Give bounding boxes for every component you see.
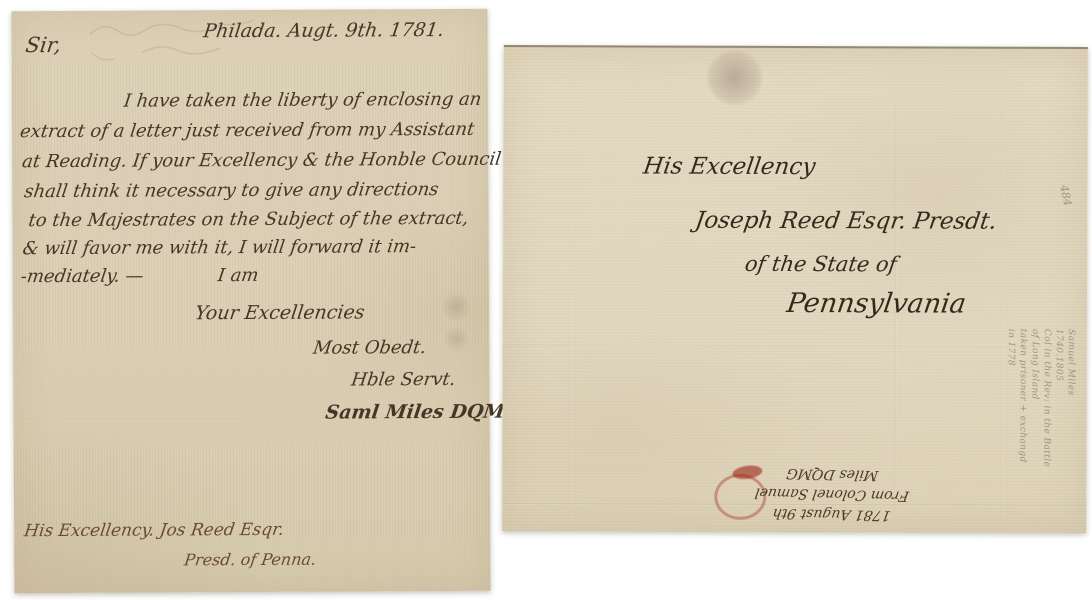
closing-line: Your Excellencies xyxy=(194,301,366,324)
address-line: His Excellency xyxy=(642,153,818,180)
body-line: extract of a letter just received from m… xyxy=(19,119,476,142)
paper-stain xyxy=(443,325,469,353)
signature: Saml Miles DQMG xyxy=(324,401,522,424)
pencil-note-line: of Long Island xyxy=(1028,329,1041,509)
paper-stain xyxy=(441,291,471,323)
fold-crease xyxy=(568,47,572,531)
salutation: Sir, xyxy=(24,33,63,57)
pencil-note-line: Col in the Rev: in the Battle xyxy=(1040,329,1053,509)
closing-line: Hble Servt. xyxy=(350,369,457,391)
address-line: Joseph Reed Esqr. Presdt. xyxy=(693,208,998,235)
docket-block: 1781 August 9th From Colonel Samuel Mile… xyxy=(741,430,923,526)
dateline: Philada. Augt. 9th. 1781. xyxy=(202,19,445,42)
footer-address-line: His Excellency. Jos Reed Esqr. xyxy=(23,520,285,541)
body-line: at Reading. If your Excellency & the Hon… xyxy=(21,149,503,173)
pencil-note-line: taken prisoner + exchangd xyxy=(1016,329,1029,509)
paper-stain xyxy=(707,50,763,106)
footer-address-line: Presd. of Penna. xyxy=(183,550,317,570)
body-line: I have taken the liberty of enclosing an xyxy=(123,89,483,112)
i-am: I am xyxy=(216,265,259,286)
body-line: to the Majestrates on the Subject of the… xyxy=(27,208,470,231)
body-line: shall think it necessary to give any dir… xyxy=(23,179,440,202)
address-leaf-sheet: His Excellency Joseph Reed Esqr. Presdt.… xyxy=(502,45,1088,533)
pencil-collector-note: Samuel Miles 1740.1805 Col in the Rev: i… xyxy=(992,329,1077,509)
address-line: of the State of xyxy=(743,252,898,277)
address-line: Pennsylvania xyxy=(785,288,968,320)
letter-sheet: Sir, Philada. Augt. 9th. 1781. I have ta… xyxy=(11,9,490,593)
body-line: -mediately. — xyxy=(19,266,145,288)
pencil-number-mark: 484 xyxy=(1057,184,1074,207)
body-line: & will favor me with it, I will forward … xyxy=(21,236,417,259)
docket-line: 1781 August 9th xyxy=(740,502,923,526)
closing-line: Most Obedt. xyxy=(312,337,428,359)
docket-line: Miles DQMG xyxy=(741,462,924,486)
pencil-note-line: 1740.1805 xyxy=(1052,329,1065,509)
pencil-note-line: in 1778 xyxy=(1004,329,1017,509)
pencil-note-line: Samuel Miles xyxy=(1064,329,1077,509)
docket-line: From Colonel Samuel xyxy=(740,482,923,506)
